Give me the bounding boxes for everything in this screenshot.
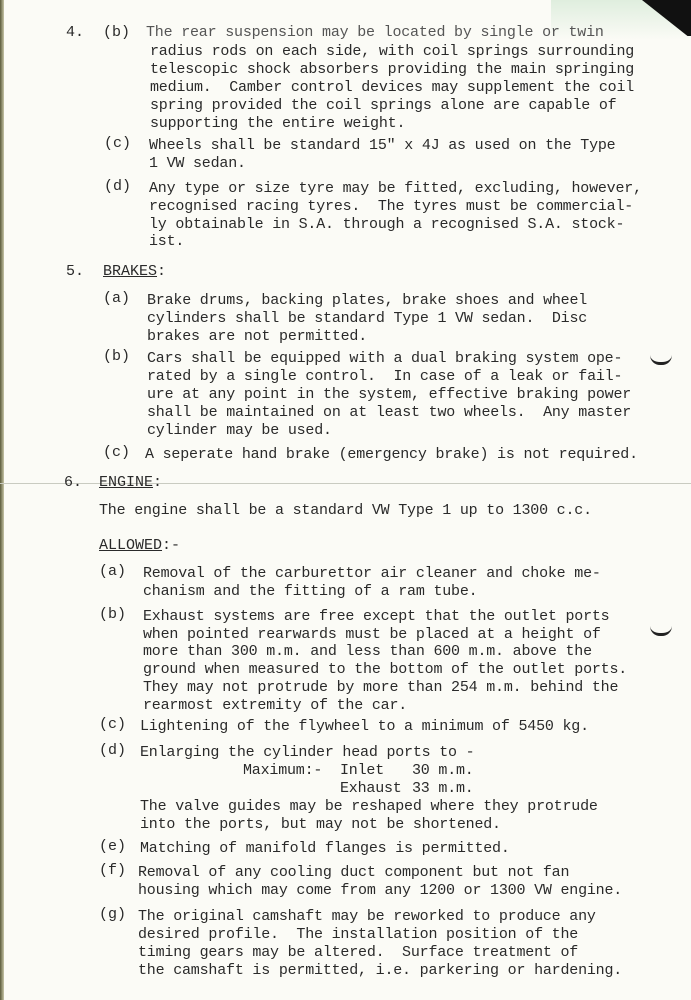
item-text-line: A seperate hand brake (emergency brake) … (145, 446, 638, 463)
item-text-line: spring provided the coil springs alone a… (150, 97, 616, 114)
item-text-line: The original camshaft may be reworked to… (138, 908, 596, 925)
item-text-line: the camshaft is permitted, i.e. parkerin… (138, 962, 622, 979)
item-text-line: shall be maintained on at least two whee… (147, 404, 631, 421)
item-label: (c) (99, 716, 126, 733)
item-text-line: Exhaust systems are free except that the… (143, 608, 609, 625)
item-label: (b) (103, 348, 130, 365)
item-label: (g) (99, 906, 126, 923)
section-intro: The engine shall be a standard VW Type 1… (99, 502, 592, 519)
item-text-line: Brake drums, backing plates, brake shoes… (147, 292, 587, 309)
section-number: 5. (66, 263, 84, 280)
item-text-line: ure at any point in the system, effectiv… (147, 386, 631, 403)
item-text-line: Lightening of the flywheel to a minimum … (140, 718, 589, 735)
item-label: (b) (99, 606, 126, 623)
item-text-line: ly obtainable in S.A. through a recognis… (149, 216, 624, 233)
table-row-value: 33 m.m. (412, 780, 474, 797)
item-text-line: timing gears may be altered. Surface tre… (138, 944, 578, 961)
item-text-line: radius rods on each side, with coil spri… (150, 43, 634, 60)
section-heading: ENGINE: (99, 474, 162, 491)
item-label: (a) (99, 563, 126, 580)
item-text-line: Removal of any cooling duct component bu… (138, 864, 569, 881)
item-text-line: They may not protrude by more than 254 m… (143, 679, 618, 696)
subheading: ALLOWED:- (99, 537, 180, 554)
heading-suffix: : (153, 474, 162, 491)
item-text-line: The valve guides may be reshaped where t… (140, 798, 598, 815)
section-heading-text: ENGINE (99, 474, 153, 491)
item-text-line: desired profile. The installation positi… (138, 926, 578, 943)
item-text-line: more than 300 m.m. and less than 600 m.m… (143, 643, 592, 660)
section-heading-text: BRAKES (103, 263, 157, 280)
item-text-line: rated by a single control. In case of a … (147, 368, 622, 385)
item-text-line: when pointed rearwards must be placed at… (143, 626, 601, 643)
item-text-line: cylinder may be used. (147, 422, 332, 439)
item-text-line: telescopic shock absorbers providing the… (150, 61, 634, 78)
subheading-suffix: :- (162, 537, 180, 554)
item-label: (d) (104, 178, 131, 195)
item-text-line: brakes are not permitted. (147, 328, 367, 345)
item-text-line: Wheels shall be standard 15" x 4J as use… (149, 137, 615, 154)
item-text-line: Any type or size tyre may be fitted, exc… (149, 180, 642, 197)
item-text-line: medium. Camber control devices may suppl… (150, 79, 634, 96)
ink-smudge (650, 626, 672, 636)
table-row-name: Exhaust (340, 780, 402, 797)
item-label: (f) (99, 862, 126, 879)
item-text-line: Matching of manifold flanges is permitte… (140, 840, 510, 857)
table-heading: Maximum:- (243, 762, 322, 779)
page-edge (0, 0, 4, 1000)
item-label: (a) (103, 290, 130, 307)
table-row-name: Inlet (340, 762, 384, 779)
ink-smudge (650, 355, 672, 365)
item-text-line: 1 VW sedan. (149, 155, 246, 172)
item-text-line: The rear suspension may be located by si… (146, 24, 604, 41)
item-text-line: supporting the entire weight. (150, 115, 405, 132)
item-text-line: Enlarging the cylinder head ports to - (140, 744, 474, 761)
item-text-line: Cars shall be equipped with a dual braki… (147, 350, 622, 367)
section-number: 6. (64, 474, 82, 491)
item-label: (c) (104, 135, 131, 152)
item-text-line: chanism and the fitting of a ram tube. (143, 583, 477, 600)
item-text-line: Removal of the carburettor air cleaner a… (143, 565, 601, 582)
scanned-page: 4. (b) The rear suspension may be locate… (0, 0, 691, 1000)
heading-suffix: : (157, 263, 166, 280)
item-text-line: recognised racing tyres. The tyres must … (149, 198, 633, 215)
subheading-text: ALLOWED (99, 537, 162, 554)
item-label: (e) (99, 838, 126, 855)
item-label: (c) (103, 444, 130, 461)
item-text-line: into the ports, but may not be shortened… (140, 816, 501, 833)
item-label: (d) (99, 742, 126, 759)
section-heading: BRAKES: (103, 263, 166, 280)
item-text-line: rearmost extremity of the car. (143, 697, 407, 714)
item-text-line: ground when measured to the bottom of th… (143, 661, 627, 678)
item-text-line: housing which may come from any 1200 or … (138, 882, 622, 899)
section-number: 4. (66, 24, 84, 41)
item-text-line: ist. (149, 233, 184, 250)
item-label: (b) (103, 24, 130, 41)
item-text-line: cylinders shall be standard Type 1 VW se… (147, 310, 587, 327)
table-row-value: 30 m.m. (412, 762, 474, 779)
